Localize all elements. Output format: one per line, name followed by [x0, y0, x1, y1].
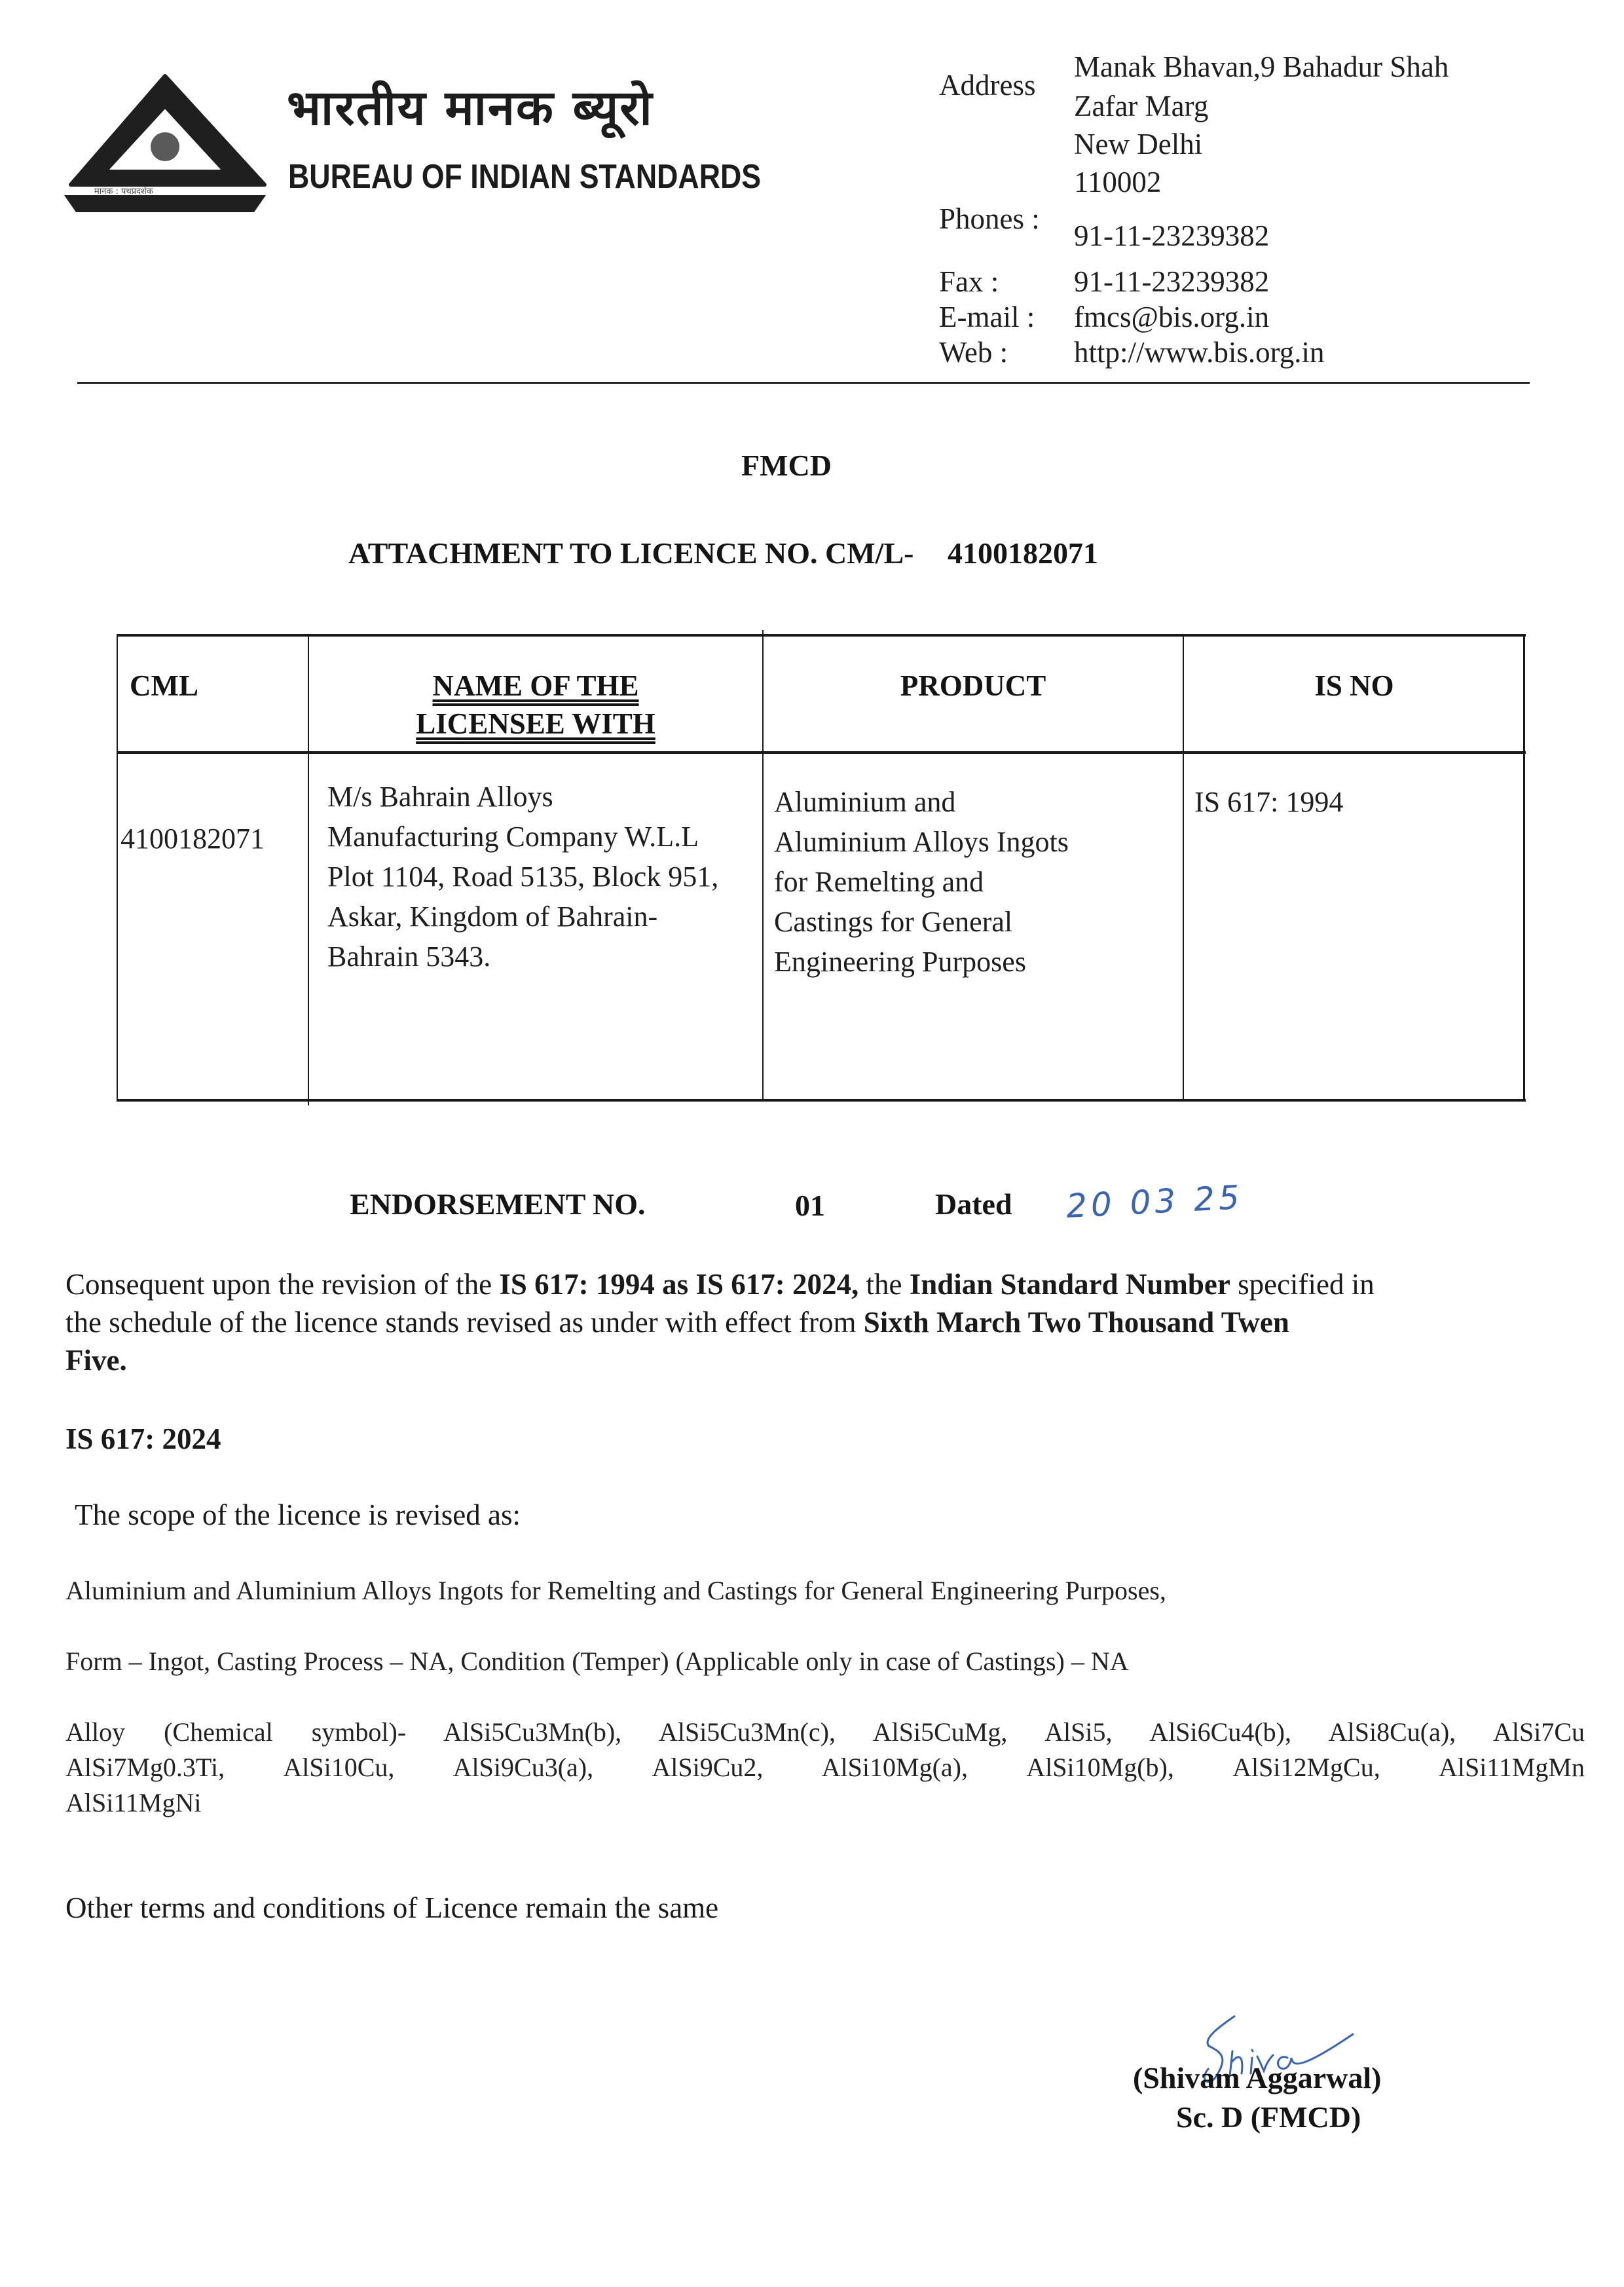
old-new-standard: IS 617: 1994 as IS 617: 2024, — [499, 1268, 858, 1301]
alloy-line-2: AlSi7Mg0.3Ti, AlSi10Cu, AlSi9Cu3(a), AlS… — [65, 1750, 1585, 1785]
licence-table: CML NAME OF THE LICENSEE WITH PRODUCT IS… — [117, 634, 1526, 1102]
email-label: E-mail : — [939, 303, 1035, 332]
bis-logo: मानक : पथप्रदर्शक — [60, 73, 270, 217]
fax-value: 91-11-23239382 — [1074, 267, 1269, 297]
scope-intro: The scope of the licence is revised as: — [75, 1496, 521, 1534]
web-link[interactable]: http://www.bis.org.in — [1074, 338, 1325, 367]
header-licensee-line-1: NAME OF THE — [432, 669, 638, 702]
address-line-2: Zafar Marg — [1074, 92, 1208, 121]
alloy-list: Alloy (Chemical symbol)- AlSi5Cu3Mn(b), … — [65, 1715, 1585, 1821]
address-line-4: 110002 — [1074, 168, 1161, 197]
attachment-title: ATTACHMENT TO LICENCE NO. CM/L- 41001820… — [348, 536, 1098, 570]
effective-date-end: Five. — [65, 1344, 127, 1377]
cell-is-no: IS 617: 1994 — [1194, 782, 1343, 822]
signatory-designation: Sc. D (FMCD) — [1176, 2100, 1361, 2134]
address-line-3: New Delhi — [1074, 130, 1202, 159]
table-border-bottom — [117, 1099, 1526, 1102]
licensee-line: Plot 1104, Road 5135, Block 951, — [327, 857, 718, 897]
revision-line-1: Consequent upon the revision of the IS 6… — [65, 1265, 1598, 1303]
phones-value: 91-11-23239382 — [1074, 221, 1269, 251]
text-span: specified in — [1230, 1268, 1375, 1301]
cell-cml: 4100182071 — [120, 819, 265, 859]
indian-standard-number-term: Indian Standard Number — [910, 1268, 1230, 1301]
product-line: Aluminium and — [774, 782, 1069, 822]
revision-paragraph: Consequent upon the revision of the IS 6… — [65, 1265, 1598, 1379]
closing-statement: Other terms and conditions of Licence re… — [65, 1889, 718, 1927]
text-span: Consequent upon the revision of the — [65, 1268, 499, 1301]
handwritten-date: 20 03 25 — [1065, 1178, 1244, 1225]
email-link[interactable]: fmcs@bis.org.in — [1074, 303, 1269, 332]
licensee-line: Manufacturing Company W.L.L — [327, 817, 718, 857]
web-label: Web : — [939, 338, 1008, 367]
scope-form: Form – Ingot, Casting Process – NA, Cond… — [65, 1644, 1129, 1679]
signatory-name: (Shivam Aggarwal) — [1133, 2060, 1382, 2095]
fax-label: Fax : — [939, 267, 999, 297]
licensee-line: M/s Bahrain Alloys — [327, 777, 718, 817]
product-line: Aluminium Alloys Ingots — [774, 822, 1069, 862]
attachment-label: ATTACHMENT TO LICENCE NO. CM/L- — [348, 536, 913, 570]
licensee-line: Bahrain 5343. — [327, 937, 718, 976]
effective-date: Sixth March Two Thousand Twen — [864, 1306, 1289, 1339]
revision-line-3: Five. — [65, 1341, 1598, 1379]
dated-label: Dated — [935, 1187, 1012, 1221]
org-name-hindi: भारतीय मानक ब्यूरो — [287, 84, 654, 132]
header-licensee: NAME OF THE LICENSEE WITH — [309, 667, 762, 743]
header-is-no: IS NO — [1184, 667, 1524, 705]
cell-product: Aluminium and Aluminium Alloys Ingots fo… — [774, 782, 1069, 982]
product-line: Castings for General — [774, 902, 1069, 942]
alloy-line-3: AlSi11MgNi — [65, 1785, 1585, 1821]
revision-line-2: the schedule of the licence stands revis… — [65, 1303, 1598, 1341]
product-line: for Remelting and — [774, 862, 1069, 902]
address-label: Address — [939, 71, 1035, 100]
text-span: the — [858, 1268, 909, 1301]
logo-caption: मानक : पथप्रदर्शक — [94, 186, 154, 196]
scope-product: Aluminium and Aluminium Alloys Ingots fo… — [65, 1573, 1166, 1608]
phones-label: Phones : — [939, 204, 1040, 234]
new-standard-heading: IS 617: 2024 — [65, 1420, 221, 1458]
header-cml: CML — [130, 667, 198, 705]
licensee-line: Askar, Kingdom of Bahrain- — [327, 897, 718, 937]
product-line: Engineering Purposes — [774, 942, 1069, 982]
letterhead-divider — [77, 382, 1530, 384]
attachment-licence-number: 4100182071 — [948, 536, 1098, 570]
table-header-divider — [117, 751, 1526, 754]
table-border-top — [117, 634, 1526, 637]
header-licensee-line-2: LICENSEE WITH — [416, 707, 655, 740]
header-product: PRODUCT — [764, 667, 1183, 705]
alloy-line-1: Alloy (Chemical symbol)- AlSi5Cu3Mn(b), … — [65, 1715, 1585, 1750]
text-span: the schedule of the licence stands revis… — [65, 1306, 864, 1339]
table-border-left — [117, 634, 118, 1102]
address-line-1: Manak Bhavan,9 Bahadur Shah — [1074, 52, 1449, 82]
endorsement-label: ENDORSEMENT NO. — [350, 1187, 646, 1221]
org-name-english: BUREAU OF INDIAN STANDARDS — [288, 157, 761, 196]
endorsement-number: 01 — [795, 1188, 825, 1223]
cell-licensee: M/s Bahrain Alloys Manufacturing Company… — [327, 777, 718, 976]
department-heading: FMCD — [741, 448, 832, 483]
